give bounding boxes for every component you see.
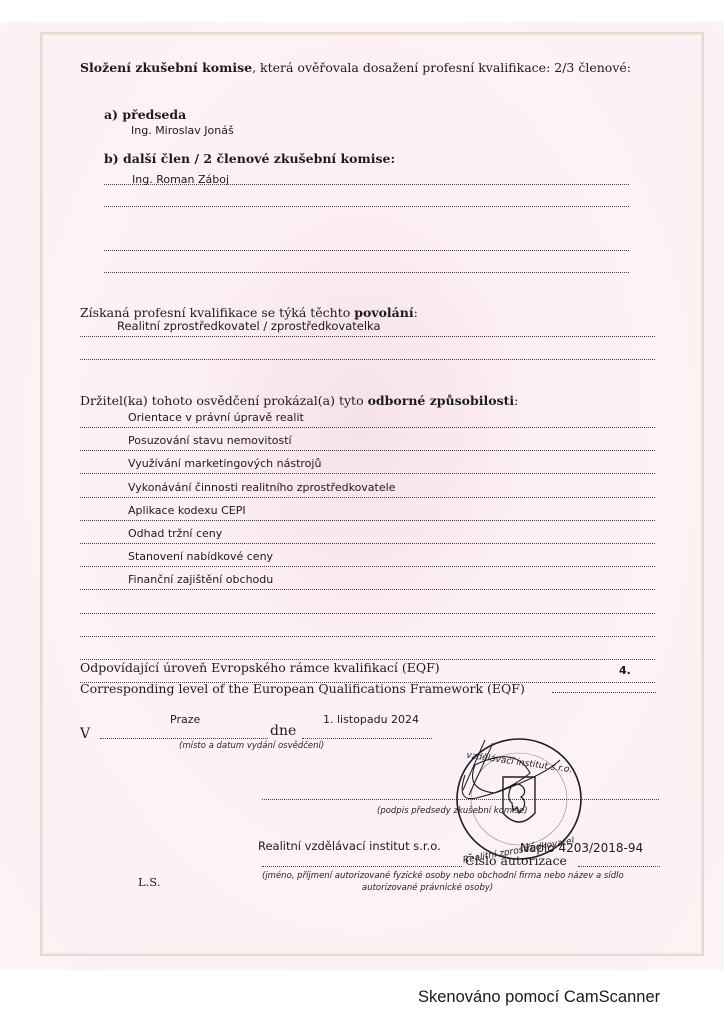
competency-line xyxy=(80,450,655,451)
competency-item: Posuzování stavu nemovitostí xyxy=(128,434,292,447)
authorized-organization: Realitní vzdělávací institut s.r.o. xyxy=(258,839,441,853)
organization-line xyxy=(262,866,462,867)
competency-item: Vykonávání činnosti realitního zprostřed… xyxy=(128,481,395,494)
occupation-heading-end: : xyxy=(414,305,418,320)
date-line xyxy=(302,738,432,739)
competency-line xyxy=(80,473,655,474)
eqf-label-cs: Odpovídající úroveň Evropského rámce kva… xyxy=(80,660,440,675)
svg-text:Realitní zprostředkovatel: Realitní zprostředkovatel xyxy=(462,836,575,866)
place-date-note: (místo a datum vydání osvědčení) xyxy=(179,741,324,751)
occupation-line-1 xyxy=(80,336,655,337)
competency-line xyxy=(80,636,655,637)
member-line-2 xyxy=(104,206,629,207)
authorization-note-2: autorizované právnické osoby) xyxy=(362,883,493,893)
occupation-heading-text: Získaná profesní kvalifikace se týká těc… xyxy=(80,305,354,320)
member-name-1: Ing. Roman Záboj xyxy=(132,173,229,186)
competency-item: Stanovení nabídkové ceny xyxy=(128,550,273,563)
competency-line xyxy=(80,589,655,590)
members-label: b) další člen / 2 členové zkušební komis… xyxy=(104,151,395,166)
committee-heading: Složení zkušební komise, která ověřovala… xyxy=(80,60,631,75)
competency-line xyxy=(80,613,655,614)
competency-item: Aplikace kodexu CEPI xyxy=(128,504,246,517)
occupation-heading: Získaná profesní kvalifikace se týká těc… xyxy=(80,305,418,320)
signature-strokes xyxy=(463,740,493,795)
competency-item: Využívání marketingových nástrojů xyxy=(128,457,321,470)
competencies-heading-end: : xyxy=(514,393,518,408)
date-prefix: dne xyxy=(270,723,296,739)
place-prefix: V xyxy=(80,726,90,742)
occupation-value-1: Realitní zprostředkovatel / zprostředkov… xyxy=(117,319,381,333)
member-line-4 xyxy=(104,272,629,273)
date-value: 1. listopadu 2024 xyxy=(323,713,419,726)
competencies-heading: Držitel(ka) tohoto osvědčení prokázal(a)… xyxy=(80,393,518,408)
eqf-label-en: Corresponding level of the European Qual… xyxy=(80,681,525,696)
occupation-line-2 xyxy=(80,359,655,360)
eqf-level: 4. xyxy=(619,664,631,677)
competency-line xyxy=(80,520,655,521)
lion-icon xyxy=(509,784,525,813)
official-stamp: vzdělávací institut s.r.o. Realitní zpro… xyxy=(455,735,605,870)
chair-label: a) předseda xyxy=(104,107,186,122)
ls-mark: L.S. xyxy=(138,875,160,889)
committee-heading-bold: Složení zkušební komise xyxy=(80,60,252,75)
competency-item: Odhad tržní ceny xyxy=(128,527,222,540)
competencies-heading-bold: odborné způsobilosti xyxy=(368,393,515,408)
competencies-heading-text: Držitel(ka) tohoto osvědčení prokázal(a)… xyxy=(80,393,368,408)
eqf-level-line xyxy=(552,692,656,693)
competency-line xyxy=(80,566,655,567)
scanner-footer: Skenováno pomocí CamScanner xyxy=(418,988,660,1007)
competency-item: Finanční zajištění obchodu xyxy=(128,573,273,586)
competency-line xyxy=(80,497,655,498)
place-line xyxy=(100,738,268,739)
occupation-heading-bold: povolání xyxy=(354,305,413,320)
competency-line xyxy=(80,427,655,428)
authorization-note-1: (jméno, příjmení autorizované fyzické os… xyxy=(262,871,624,881)
place-value: Praze xyxy=(170,713,200,726)
chair-name: Ing. Miroslav Jonáš xyxy=(131,124,234,137)
member-line-3 xyxy=(104,250,629,251)
committee-heading-rest: , která ověřovala dosažení profesní kval… xyxy=(252,60,631,75)
competency-item: Orientace v právní úpravě realit xyxy=(128,411,304,424)
competency-line xyxy=(80,543,655,544)
